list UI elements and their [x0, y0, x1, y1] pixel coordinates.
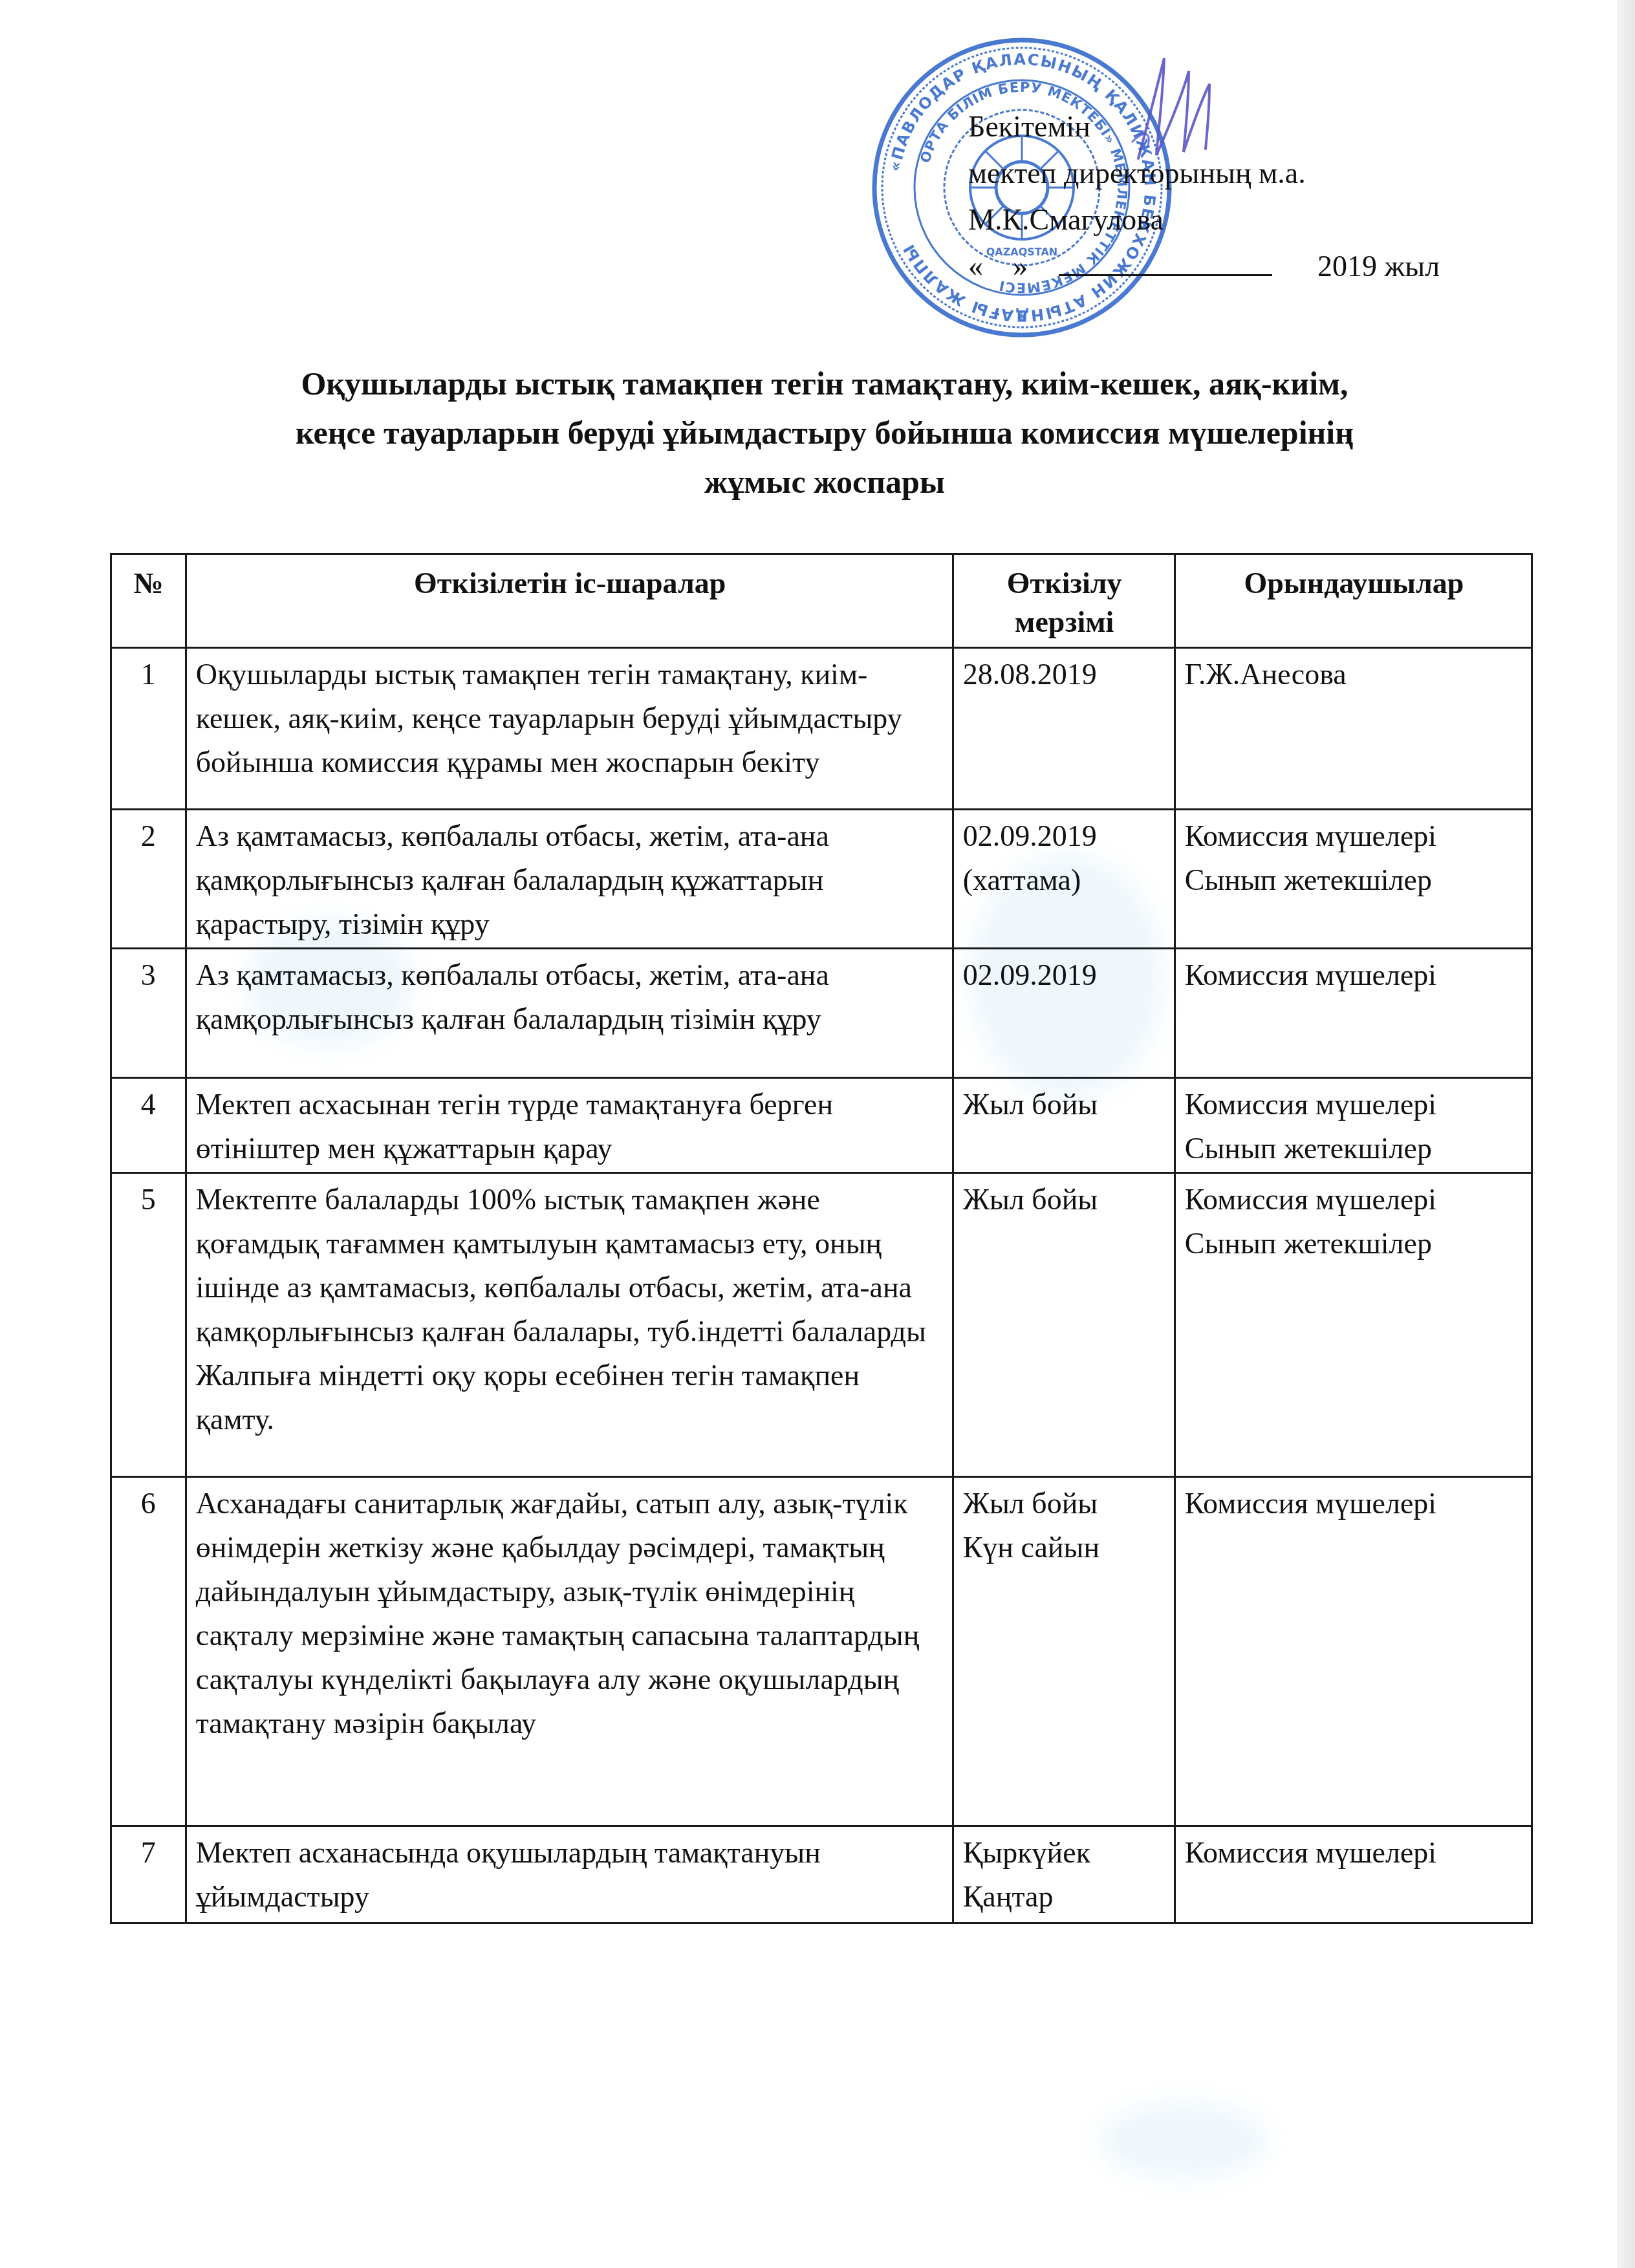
- row-number: 5: [111, 1173, 186, 1477]
- approver-name: М.К.Смагулова: [968, 197, 1440, 243]
- executors-cell: Комиссия мүшелері: [1175, 1477, 1532, 1826]
- activity-cell: Мектеп асханасында оқушылардың тамақтану…: [186, 1826, 953, 1923]
- executors-cell: Комиссия мүшелеріСынып жетекшілер: [1175, 1078, 1532, 1173]
- table-row: 3Аз қамтамасыз, көпбалалы отбасы, жетім,…: [111, 949, 1532, 1078]
- table-row: 6Асханадағы санитарлық жағдайы, сатып ал…: [111, 1477, 1532, 1826]
- approval-heading: Бекітемін: [968, 103, 1440, 150]
- approval-block: Бекітемін мектеп директорының м.а. М.К.С…: [968, 103, 1440, 290]
- row-number: 3: [111, 949, 186, 1078]
- approval-date-line: « »2019 жыл: [968, 243, 1440, 290]
- table-row: 1Оқушыларды ыстық тамақпен тегін тамақта…: [111, 648, 1532, 810]
- activity-cell: Мектеп асхасынан тегін түрде тамақтануға…: [186, 1078, 953, 1173]
- executors-cell: Комиссия мүшелері: [1175, 949, 1532, 1078]
- activity-cell: Асханадағы санитарлық жағдайы, сатып алу…: [186, 1477, 953, 1826]
- executors-cell: Комиссия мүшелеріСынып жетекшілер: [1175, 810, 1532, 949]
- header-date: Өткізілу мерзімі: [953, 554, 1175, 648]
- table-row: 5Мектепте балаларды 100% ыстық тамақпен …: [111, 1173, 1532, 1477]
- scan-edge-shadow: [1617, 0, 1635, 2268]
- activity-cell: Аз қамтамасыз, көпбалалы отбасы, жетім, …: [186, 810, 953, 949]
- header-executors: Орындаушылар: [1175, 554, 1532, 648]
- activity-cell: Мектепте балаларды 100% ыстық тамақпен ж…: [186, 1173, 953, 1477]
- header-activity: Өткізілетін іс-шаралар: [186, 554, 953, 648]
- date-year: 2019 жыл: [1317, 250, 1440, 283]
- work-plan-table: № Өткізілетін іс-шаралар Өткізілу мерзім…: [110, 553, 1533, 1924]
- table-row: 4Мектеп асхасынан тегін түрде тамақтануғ…: [111, 1078, 1532, 1173]
- document-title: Оқушыларды ыстық тамақпен тегін тамақтан…: [129, 359, 1520, 506]
- date-cell: 02.09.2019: [953, 949, 1175, 1078]
- date-cell: 02.09.2019(хаттама): [953, 810, 1175, 949]
- date-cell: Жыл бойыКүн сайын: [953, 1477, 1175, 1826]
- row-number: 2: [111, 810, 186, 949]
- executors-cell: Комиссия мүшелеріСынып жетекшілер: [1175, 1173, 1532, 1477]
- title-line-2: кеңсе тауарларын беруді ұйымдастыру бойы…: [129, 408, 1520, 457]
- title-line-1: Оқушыларды ыстық тамақпен тегін тамақтан…: [129, 359, 1520, 408]
- title-line-3: жұмыс жоспары: [129, 457, 1520, 506]
- table-row: 7Мектеп асханасында оқушылардың тамақтан…: [111, 1826, 1532, 1923]
- date-month-blank: [1059, 251, 1272, 276]
- table-body: 1Оқушыларды ыстық тамақпен тегін тамақта…: [111, 648, 1532, 1923]
- row-number: 1: [111, 648, 186, 810]
- table-header-row: № Өткізілетін іс-шаралар Өткізілу мерзім…: [111, 554, 1532, 648]
- activity-cell: Оқушыларды ыстық тамақпен тегін тамақтан…: [186, 648, 953, 810]
- executors-cell: Г.Ж.Анесова: [1175, 648, 1532, 810]
- row-number: 4: [111, 1078, 186, 1173]
- date-cell: Жыл бойы: [953, 1078, 1175, 1173]
- ink-blot: [1099, 2102, 1268, 2179]
- table-row: 2Аз қамтамасыз, көпбалалы отбасы, жетім,…: [111, 810, 1532, 949]
- date-cell: 28.08.2019: [953, 648, 1175, 810]
- activity-cell: Аз қамтамасыз, көпбалалы отбасы, жетім, …: [186, 949, 953, 1078]
- approver-position: мектеп директорының м.а.: [968, 150, 1440, 197]
- date-cell: ҚыркүйекҚаңтар: [953, 1826, 1175, 1923]
- svg-text:*: *: [1018, 310, 1026, 330]
- row-number: 6: [111, 1477, 186, 1826]
- date-cell: Жыл бойы: [953, 1173, 1175, 1477]
- executors-cell: Комиссия мүшелері: [1175, 1826, 1532, 1923]
- row-number: 7: [111, 1826, 186, 1923]
- header-number: №: [111, 554, 186, 648]
- date-day-field: « »: [968, 243, 1059, 290]
